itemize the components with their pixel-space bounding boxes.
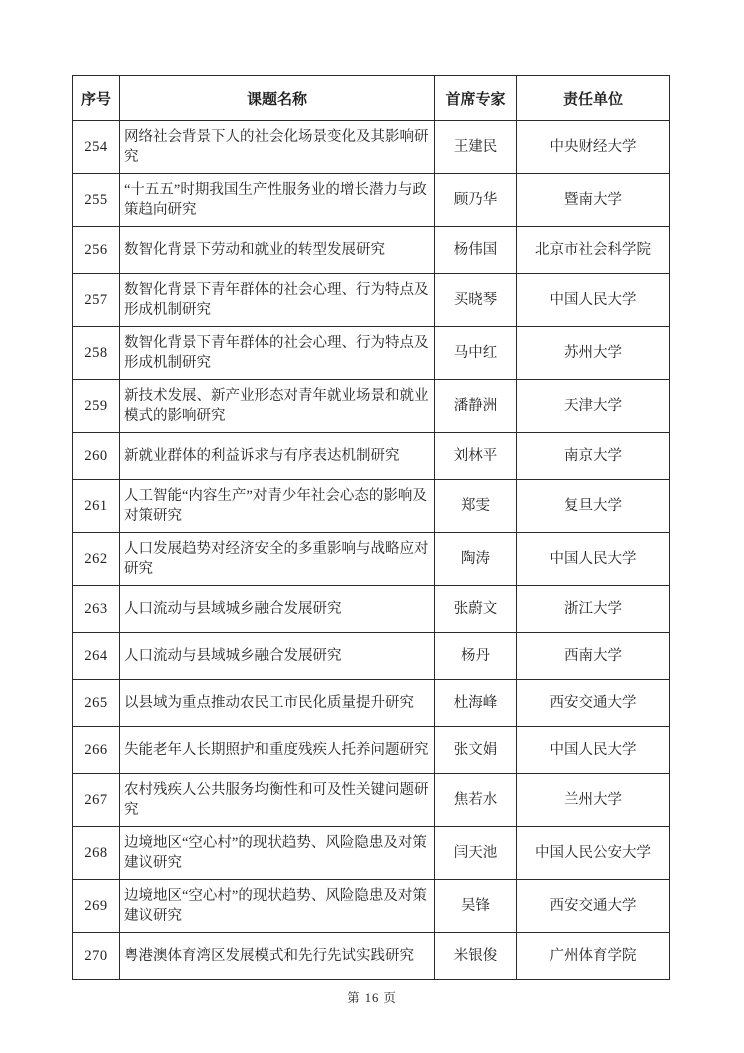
chief-expert-cell: 潘静洲 <box>435 380 517 433</box>
project-title-cell: 网络社会背景下人的社会化场景变化及其影响研究 <box>120 121 435 174</box>
responsible-unit-cell: 中国人民公安大学 <box>517 827 670 880</box>
row-number-cell: 268 <box>73 827 120 880</box>
chief-expert-cell: 米银俊 <box>435 933 517 980</box>
chief-expert-cell: 郑雯 <box>435 480 517 533</box>
chief-expert-cell: 杜海峰 <box>435 680 517 727</box>
table-row: 257 数智化背景下青年群体的社会心理、行为特点及形成机制研究 买晓琴 中国人民… <box>73 274 670 327</box>
responsible-unit-cell: 西安交通大学 <box>517 680 670 727</box>
table-row: 264 人口流动与县域城乡融合发展研究 杨丹 西南大学 <box>73 633 670 680</box>
table-row: 270 粤港澳体育湾区发展模式和先行先试实践研究 米银俊 广州体育学院 <box>73 933 670 980</box>
responsible-unit-cell: 中国人民大学 <box>517 727 670 774</box>
row-number-cell: 260 <box>73 433 120 480</box>
col-header-no: 序号 <box>73 76 120 121</box>
row-number-cell: 270 <box>73 933 120 980</box>
col-header-unit: 责任单位 <box>517 76 670 121</box>
chief-expert-cell: 张文娟 <box>435 727 517 774</box>
row-number-cell: 255 <box>73 174 120 227</box>
project-title-cell: 新就业群体的利益诉求与有序表达机制研究 <box>120 433 435 480</box>
project-title-cell: 以县域为重点推动农民工市民化质量提升研究 <box>120 680 435 727</box>
row-number-cell: 254 <box>73 121 120 174</box>
table-row: 266 失能老年人长期照护和重度残疾人托养问题研究 张文娟 中国人民大学 <box>73 727 670 774</box>
row-number-cell: 263 <box>73 586 120 633</box>
chief-expert-cell: 杨丹 <box>435 633 517 680</box>
project-title-cell: 失能老年人长期照护和重度残疾人托养问题研究 <box>120 727 435 774</box>
responsible-unit-cell: 天津大学 <box>517 380 670 433</box>
row-number-cell: 261 <box>73 480 120 533</box>
project-title-cell: 农村残疾人公共服务均衡性和可及性关键问题研究 <box>120 774 435 827</box>
project-title-cell: 粤港澳体育湾区发展模式和先行先试实践研究 <box>120 933 435 980</box>
table-header-row: 序号 课题名称 首席专家 责任单位 <box>73 76 670 121</box>
row-number-cell: 265 <box>73 680 120 727</box>
chief-expert-cell: 王建民 <box>435 121 517 174</box>
chief-expert-cell: 杨伟国 <box>435 227 517 274</box>
project-title-cell: “十五五”时期我国生产性服务业的增长潜力与政策趋向研究 <box>120 174 435 227</box>
table-row: 262 人口发展趋势对经济安全的多重影响与战略应对研究 陶涛 中国人民大学 <box>73 533 670 586</box>
table-row: 254 网络社会背景下人的社会化场景变化及其影响研究 王建民 中央财经大学 <box>73 121 670 174</box>
table-row: 256 数智化背景下劳动和就业的转型发展研究 杨伟国 北京市社会科学院 <box>73 227 670 274</box>
table-row: 260 新就业群体的利益诉求与有序表达机制研究 刘林平 南京大学 <box>73 433 670 480</box>
chief-expert-cell: 闫天池 <box>435 827 517 880</box>
chief-expert-cell: 买晓琴 <box>435 274 517 327</box>
responsible-unit-cell: 中国人民大学 <box>517 533 670 586</box>
table-row: 268 边境地区“空心村”的现状趋势、风险隐患及对策建议研究 闫天池 中国人民公… <box>73 827 670 880</box>
chief-expert-cell: 马中红 <box>435 327 517 380</box>
table-row: 261 人工智能“内容生产”对青少年社会心态的影响及对策研究 郑雯 复旦大学 <box>73 480 670 533</box>
responsible-unit-cell: 西南大学 <box>517 633 670 680</box>
projects-table: 序号 课题名称 首席专家 责任单位 254 网络社会背景下人的社会化场景变化及其… <box>72 75 670 980</box>
project-title-cell: 人工智能“内容生产”对青少年社会心态的影响及对策研究 <box>120 480 435 533</box>
chief-expert-cell: 顾乃华 <box>435 174 517 227</box>
table-row: 265 以县域为重点推动农民工市民化质量提升研究 杜海峰 西安交通大学 <box>73 680 670 727</box>
responsible-unit-cell: 南京大学 <box>517 433 670 480</box>
row-number-cell: 267 <box>73 774 120 827</box>
row-number-cell: 266 <box>73 727 120 774</box>
project-title-cell: 人口流动与县域城乡融合发展研究 <box>120 633 435 680</box>
row-number-cell: 269 <box>73 880 120 933</box>
chief-expert-cell: 焦若水 <box>435 774 517 827</box>
responsible-unit-cell: 北京市社会科学院 <box>517 227 670 274</box>
table-row: 258 数智化背景下青年群体的社会心理、行为特点及形成机制研究 马中红 苏州大学 <box>73 327 670 380</box>
project-title-cell: 数智化背景下劳动和就业的转型发展研究 <box>120 227 435 274</box>
table-row: 263 人口流动与县域城乡融合发展研究 张蔚文 浙江大学 <box>73 586 670 633</box>
col-header-expert: 首席专家 <box>435 76 517 121</box>
project-title-cell: 数智化背景下青年群体的社会心理、行为特点及形成机制研究 <box>120 327 435 380</box>
row-number-cell: 256 <box>73 227 120 274</box>
chief-expert-cell: 刘林平 <box>435 433 517 480</box>
responsible-unit-cell: 浙江大学 <box>517 586 670 633</box>
table-row: 255 “十五五”时期我国生产性服务业的增长潜力与政策趋向研究 顾乃华 暨南大学 <box>73 174 670 227</box>
chief-expert-cell: 吴锋 <box>435 880 517 933</box>
responsible-unit-cell: 西安交通大学 <box>517 880 670 933</box>
table-row: 269 边境地区“空心村”的现状趋势、风险隐患及对策建议研究 吴锋 西安交通大学 <box>73 880 670 933</box>
chief-expert-cell: 陶涛 <box>435 533 517 586</box>
project-title-cell: 边境地区“空心村”的现状趋势、风险隐患及对策建议研究 <box>120 880 435 933</box>
row-number-cell: 264 <box>73 633 120 680</box>
project-title-cell: 数智化背景下青年群体的社会心理、行为特点及形成机制研究 <box>120 274 435 327</box>
project-title-cell: 边境地区“空心村”的现状趋势、风险隐患及对策建议研究 <box>120 827 435 880</box>
table-row: 267 农村残疾人公共服务均衡性和可及性关键问题研究 焦若水 兰州大学 <box>73 774 670 827</box>
responsible-unit-cell: 复旦大学 <box>517 480 670 533</box>
responsible-unit-cell: 广州体育学院 <box>517 933 670 980</box>
chief-expert-cell: 张蔚文 <box>435 586 517 633</box>
project-title-cell: 人口流动与县域城乡融合发展研究 <box>120 586 435 633</box>
document-page: 序号 课题名称 首席专家 责任单位 254 网络社会背景下人的社会化场景变化及其… <box>0 0 744 1053</box>
row-number-cell: 262 <box>73 533 120 586</box>
project-title-cell: 人口发展趋势对经济安全的多重影响与战略应对研究 <box>120 533 435 586</box>
col-header-title: 课题名称 <box>120 76 435 121</box>
row-number-cell: 258 <box>73 327 120 380</box>
responsible-unit-cell: 中国人民大学 <box>517 274 670 327</box>
row-number-cell: 259 <box>73 380 120 433</box>
responsible-unit-cell: 暨南大学 <box>517 174 670 227</box>
row-number-cell: 257 <box>73 274 120 327</box>
table-row: 259 新技术发展、新产业形态对青年就业场景和就业模式的影响研究 潘静洲 天津大… <box>73 380 670 433</box>
responsible-unit-cell: 兰州大学 <box>517 774 670 827</box>
responsible-unit-cell: 苏州大学 <box>517 327 670 380</box>
project-title-cell: 新技术发展、新产业形态对青年就业场景和就业模式的影响研究 <box>120 380 435 433</box>
responsible-unit-cell: 中央财经大学 <box>517 121 670 174</box>
page-footer: 第 16 页 <box>0 988 744 1006</box>
